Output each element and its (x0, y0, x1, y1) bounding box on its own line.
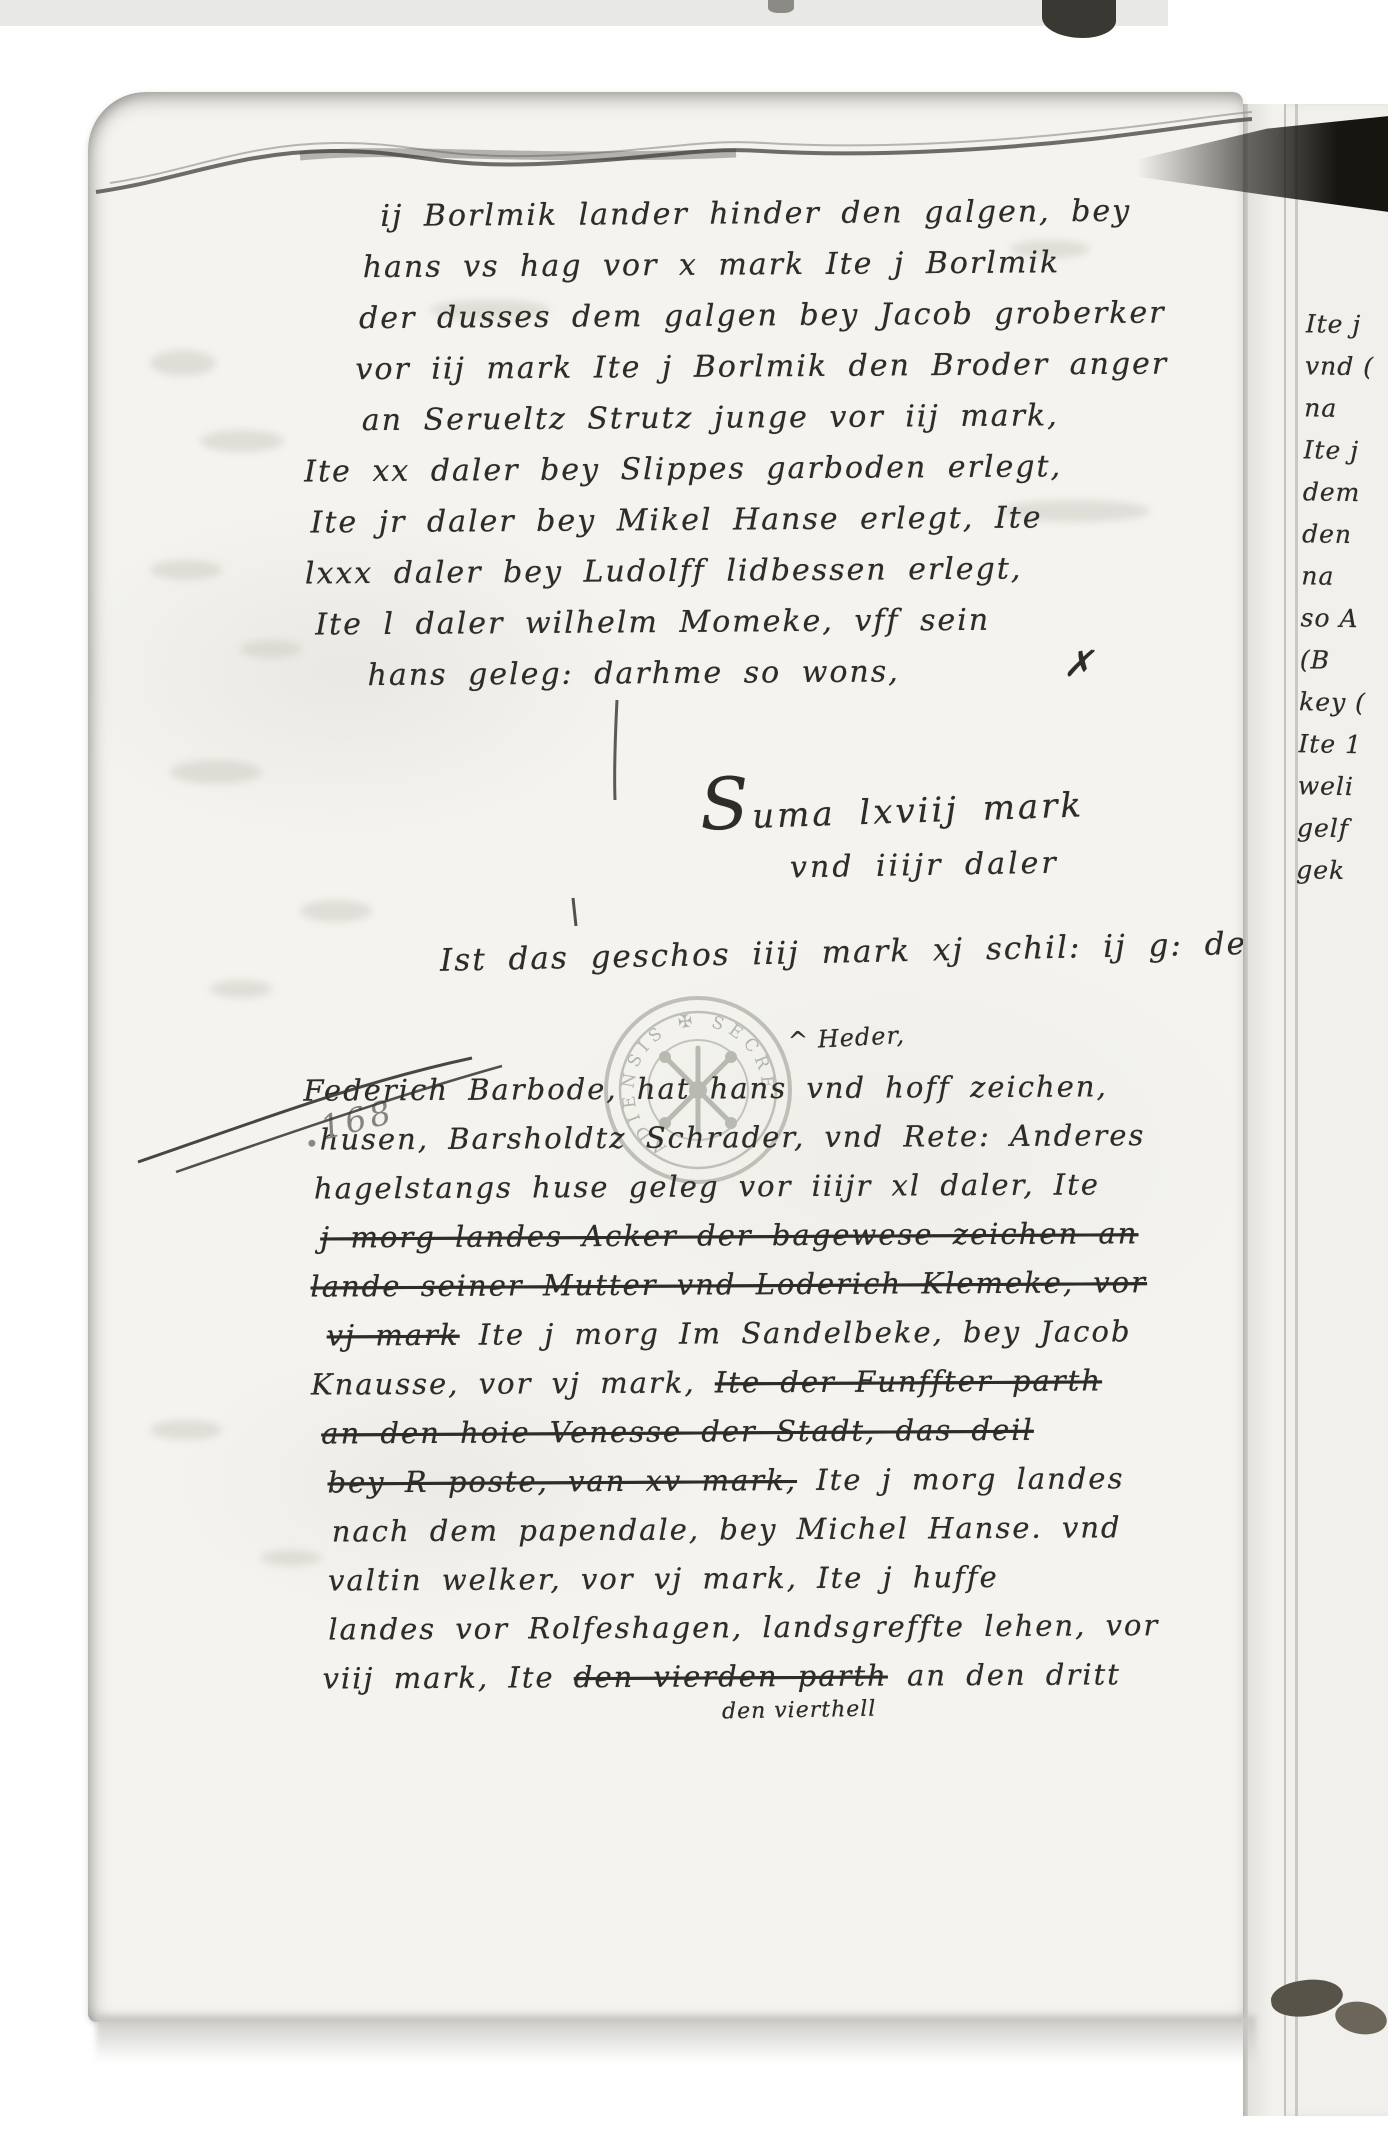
page-fragment: den (1302, 513, 1388, 557)
text-segment: an den dritt (907, 1657, 1121, 1692)
page-fragment: gelf (1297, 807, 1388, 851)
entry-line: der dusses dem galgen bey Jacob groberke… (359, 287, 1264, 344)
summa-line-1: Suma lxviij mark (699, 771, 1085, 838)
page-fragment: gek (1296, 849, 1388, 893)
entry-line: Ite xx daler bey Slippes garboden erlegt… (304, 440, 1265, 498)
struck-segment: den vierden parth (574, 1659, 888, 1695)
entry-line: bey R poste, van xv mark, Ite j morg lan… (327, 1453, 1290, 1507)
text-segment: Ite j morg Im Sandelbeke, bey Jacob (479, 1314, 1132, 1351)
text-segment: Knausse, vor vj mark, (311, 1366, 696, 1402)
manuscript-page: ADIENSIS ✠ SECRE ij Borlmik lander hinde… (88, 92, 1243, 2022)
insertion-caret: ^ (787, 1026, 810, 1055)
entry-line: hans vs hag vor x mark Ite j Borlmik (363, 236, 1264, 293)
torn-paper-blob (1333, 1998, 1388, 2039)
show-through-ghost (300, 900, 372, 922)
edge-ink-mark (768, 0, 794, 13)
entry-line: valtin welker, vor vj mark, Ite j huffe (328, 1551, 1291, 1605)
scanned-manuscript: { "document": { "kind": "handwritten man… (0, 0, 1388, 2139)
insertion-text: Heder, (817, 1021, 906, 1054)
entry-line: Ite l daler wilhelm Momeke, vff sein (315, 593, 1266, 651)
summa-line-2: vnd iiijr daler (790, 846, 1059, 886)
adjacent-page-text-fragments: Ite j vnd ( na Ite j dem den na so A (B … (1296, 303, 1388, 893)
entry-line: vj mark Ite j morg Im Sandelbeke, bey Ja… (327, 1306, 1290, 1360)
lower-entry-block: Federich Barbode, hat hans vnd hoff zeic… (303, 1061, 1291, 1703)
show-through-ghost (150, 560, 222, 580)
entry-line-struck: lande seiner Mutter vnd Loderich Klemeke… (310, 1257, 1289, 1311)
geschoss-line: Ist das geschos iiij mark xj schil: ij g… (440, 925, 1282, 979)
page-fragment: weli (1297, 765, 1388, 809)
page-fragment: so A (1300, 597, 1388, 641)
entry-line: viij mark, Ite den vierden parth an den … (322, 1649, 1291, 1703)
interlinear-insertion: ^ Heder, (787, 1021, 905, 1055)
page-fragment: dem (1302, 471, 1388, 515)
show-through-ghost (170, 760, 262, 784)
show-through-ghost (150, 1420, 222, 1440)
upper-entry-block: ij Borlmik lander hinder den galgen, bey… (348, 185, 1267, 701)
entry-line: vor iij mark Ite j Borlmik den Broder an… (355, 338, 1264, 395)
entry-line: hagelstangs huse geleg vor iiijr xl dale… (314, 1159, 1289, 1213)
show-through-ghost (200, 430, 284, 452)
page-fragment: (B (1300, 639, 1388, 683)
struck-segment: vj mark (327, 1318, 460, 1353)
entry-line: landes vor Rolfeshagen, landsgreffte leh… (328, 1600, 1291, 1654)
binding-clamp-shadow (1042, 0, 1116, 38)
entry-line: husen, Barsholdtz Schrader, vnd Rete: An… (320, 1110, 1289, 1164)
entry-line-struck: j morg landes Acker der bagewese zeichen… (320, 1208, 1289, 1262)
page-fragment: Ite j (1305, 303, 1388, 347)
cross-mark: ✗ (1063, 644, 1093, 685)
entry-line: an Serueltz Strutz junge vor iij mark, (362, 389, 1265, 446)
show-through-ghost (240, 640, 302, 658)
struck-segment: Ite der Funffter parth (715, 1363, 1102, 1399)
page-fragment: Ite 1 (1298, 723, 1388, 767)
text-segment: Ite j morg landes (816, 1461, 1124, 1497)
entry-line: Ite jr daler bey Mikel Hanse erlegt, Ite (310, 491, 1265, 549)
entry-line: hans geleg: darhme so wons, (367, 644, 1266, 701)
struck-segment: bey R poste, van xv mark, (327, 1463, 797, 1499)
page-fragment: vnd ( (1305, 345, 1388, 389)
page-fragment: na (1301, 555, 1388, 599)
page-fragment: na (1304, 387, 1388, 431)
scanner-top-band (0, 0, 1168, 26)
page-crease-line (1295, 104, 1298, 2116)
text-segment: viij mark, Ite (322, 1660, 554, 1695)
entry-line: Knausse, vor vj mark, Ite der Funffter p… (311, 1355, 1290, 1409)
entry-line: lxxx daler bey Ludolff lidbessen erlegt, (305, 542, 1266, 600)
page-bottom-shadow (96, 2016, 1256, 2062)
page-fragment: key ( (1299, 681, 1388, 725)
page-fragment: Ite j (1303, 429, 1388, 473)
show-through-ghost (150, 350, 216, 376)
adjacent-page-edge: Ite j vnd ( na Ite j dem den na so A (B … (1243, 104, 1388, 2116)
show-through-ghost (210, 980, 272, 998)
interlinear-correction: den vierthell (722, 1697, 877, 1725)
page-fold (1248, 104, 1286, 2116)
entry-line-struck: an den hoie Venesse der Stadt, das deil (321, 1404, 1290, 1458)
entry-line: Federich Barbode, hat hans vnd hoff zeic… (303, 1061, 1288, 1115)
entry-line: ij Borlmik lander hinder den galgen, bey (380, 185, 1263, 242)
entry-line: nach dem papendale, bey Michel Hanse. vn… (332, 1502, 1291, 1556)
